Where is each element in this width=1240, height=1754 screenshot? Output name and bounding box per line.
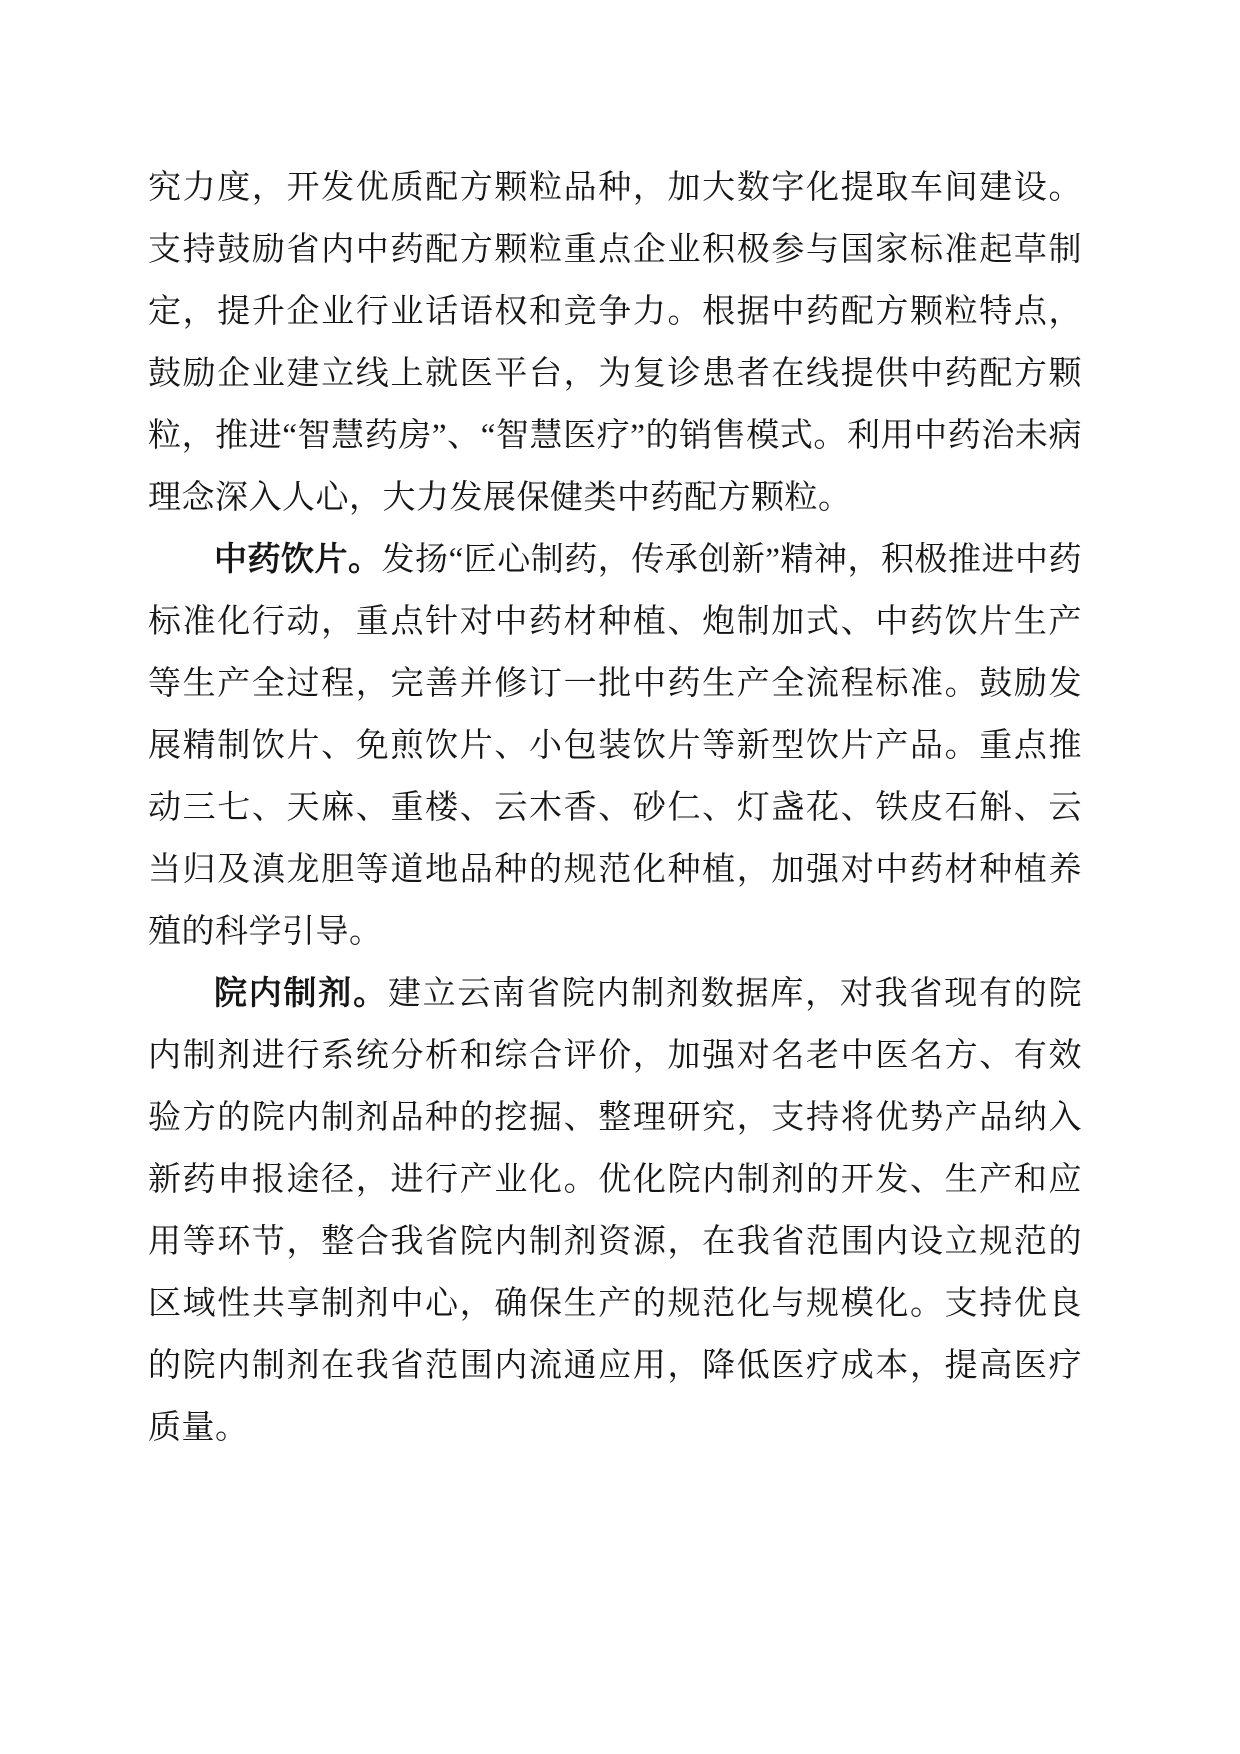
paragraph-text: 建立云南省院内制剂数据库，对我省现有的院内制剂进行系统分析和综合评价，加强对名老…	[148, 976, 1082, 1446]
paragraph-hospital-preparations: 院内制剂。建立云南省院内制剂数据库，对我省现有的院内制剂进行系统分析和综合评价，…	[148, 963, 1082, 1459]
document-body: 究力度，开发优质配方颗粒品种，加大数字化提取车间建设。支持鼓励省内中药配方颗粒重…	[148, 157, 1082, 1459]
document-page: 究力度，开发优质配方颗粒品种，加大数字化提取车间建设。支持鼓励省内中药配方颗粒重…	[0, 0, 1240, 1754]
paragraph-text: 究力度，开发优质配方颗粒品种，加大数字化提取车间建设。支持鼓励省内中药配方颗粒重…	[148, 170, 1082, 516]
paragraph-text: 发扬“匠心制药，传承创新”精神，积极推进中药标准化行动，重点针对中药材种植、炮制…	[148, 542, 1082, 950]
paragraph-decoction-pieces: 中药饮片。发扬“匠心制药，传承创新”精神，积极推进中药标准化行动，重点针对中药材…	[148, 529, 1082, 963]
paragraph-lead: 中药饮片。	[214, 542, 382, 578]
paragraph-lead: 院内制剂。	[214, 976, 388, 1012]
paragraph-granules-continuation: 究力度，开发优质配方颗粒品种，加大数字化提取车间建设。支持鼓励省内中药配方颗粒重…	[148, 157, 1082, 529]
